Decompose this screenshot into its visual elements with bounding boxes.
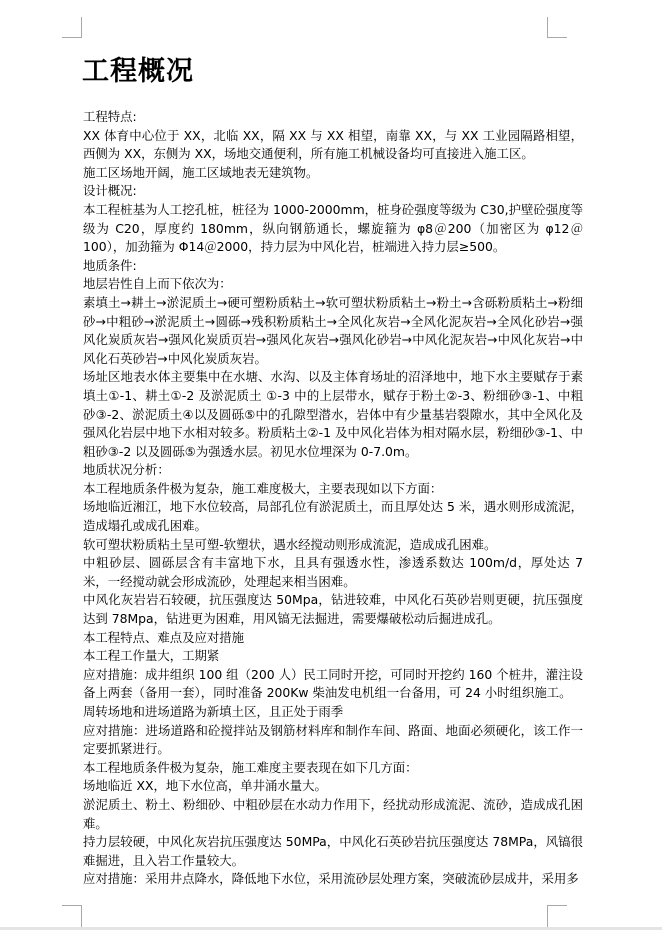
paragraph: 本工程地质条件极为复杂，施工难度极大，主要表现如以下方面： (83, 480, 583, 499)
paragraph: 持力层较硬，中风化灰岩抗压强度达 50MPa，中风化石英砂岩抗压强度达 78MP… (83, 833, 583, 870)
paragraph: 本工程桩基为人工挖孔桩，桩径为 1000-2000mm，桩身砼强度等级为 C30… (83, 201, 583, 257)
paragraph: 中粗砂层、圆砾层含有丰富地下水，且具有强透水性，渗透系数达 100m/d，厚处达… (83, 554, 583, 591)
crop-mark-bottom-right (547, 905, 567, 928)
paragraph: 应对措施：采用井点降水，降低地下水位，采用流砂层处理方案，突破流砂层成井，采用多 (83, 870, 583, 889)
paragraph: 中风化灰岩岩石较硬，抗压强度达 50Mpa，钻进较难，中风化石英砂岩则更硬，抗压… (83, 591, 583, 628)
paragraph: 淤泥质土、粉土、粉细砂、中粗砂层在水动力作用下，经扰动形成流泥、流砂，造成成孔困… (83, 796, 583, 833)
paragraph: 应对措施：进场道路和砼搅拌站及钢筋材料库和制作车间、路面、地面必须硬化，该工作一… (83, 722, 583, 759)
paragraph: 场址区地表水体主要集中在水塘、水沟、以及主体育场址的沼泽地中，地下水主要赋存于素… (83, 368, 583, 461)
paragraph: 应对措施：成井组织 100 组（200 人）民工同时开挖，可同时开挖约 160 … (83, 666, 583, 703)
paragraph: XX 体育中心位于 XX，北临 XX，隔 XX 与 XX 相望，南靠 XX，与 … (83, 127, 583, 164)
document-title: 工程概况 (82, 52, 194, 92)
paragraph: 软可塑状粉质粘土呈可塑-软塑状，遇水经搅动则形成流泥，造成成孔困难。 (83, 536, 583, 555)
paragraph: 素填土→耕土→淤泥质土→硬可塑粉质粘土→软可塑状粉质粘土→粉土→含砾粉质粘土→粉… (83, 294, 583, 368)
paragraph: 地质条件: (83, 257, 583, 276)
crop-mark-top-right (547, 17, 567, 38)
document-page: 工程概况 工程特点: XX 体育中心位于 XX，北临 XX，隔 XX 与 XX … (0, 0, 662, 930)
paragraph: 本工程地质条件极为复杂，施工难度主要表现在如下几方面： (83, 759, 583, 778)
paragraph: 本工程特点、难点及应对措施 (83, 629, 583, 648)
paragraph: 工程特点: (83, 108, 583, 127)
paragraph: 地层岩性自上而下依次为： (83, 275, 583, 294)
paragraph: 施工区场地开阔，施工区域地表无建筑物。 (83, 164, 583, 183)
document-body[interactable]: 工程特点: XX 体育中心位于 XX，北临 XX，隔 XX 与 XX 相望，南靠… (83, 108, 583, 889)
paragraph: 周转场地和进场道路为新填土区，且正处于雨季 (83, 703, 583, 722)
paragraph: 场地临近湘江，地下水位较高，局部孔位有淤泥质土，而且厚处达 5 米，遇水则形成流… (83, 498, 583, 535)
crop-mark-bottom-left (62, 905, 82, 928)
paragraph: 地质状况分析： (83, 461, 583, 480)
paragraph: 场地临近 XX，地下水位高，单井涌水量大。 (83, 777, 583, 796)
crop-mark-top-left (62, 17, 82, 38)
paragraph: 本工程工作量大，工期紧 (83, 647, 583, 666)
paragraph: 设计概况: (83, 182, 583, 201)
